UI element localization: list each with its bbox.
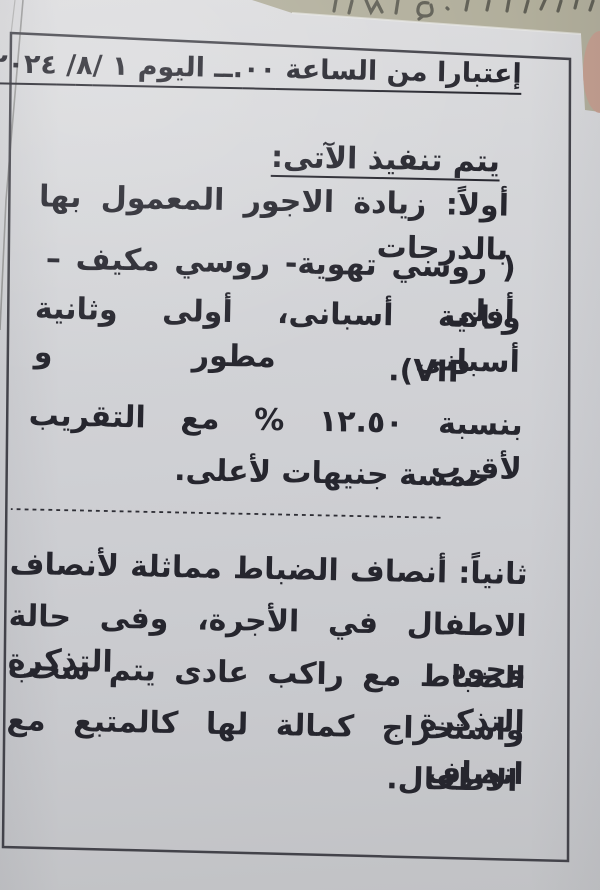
paper-left-edge-inner (11, 0, 15, 34)
notice-line: خمسة جنيهات لأعلى. (11, 446, 530, 500)
notice-line: الاطفال. (5, 750, 524, 804)
notice-heading: إعتبارا من الساعة ٠٠.ــ اليوم ١ /٨/ ٢٠٢٤ (19, 41, 538, 99)
photo-of-notice: إعتبارا من الساعة ٠٠.ــ اليوم ١ /٨/ ٢٠٢٤… (0, 0, 600, 890)
notice-line: VIP). (13, 342, 532, 396)
notice-line: ثانياً: أنصاف الضباط مماثلة لأنصاف (9, 543, 528, 597)
scene: إعتبارا من الساعة ٠٠.ــ اليوم ١ /٨/ ٢٠٢٤… (0, 0, 600, 890)
dashed-separator: ----------------------------------------… (11, 495, 529, 533)
notice-document: إعتبارا من الساعة ٠٠.ــ اليوم ١ /٨/ ٢٠٢٤… (3, 0, 539, 890)
